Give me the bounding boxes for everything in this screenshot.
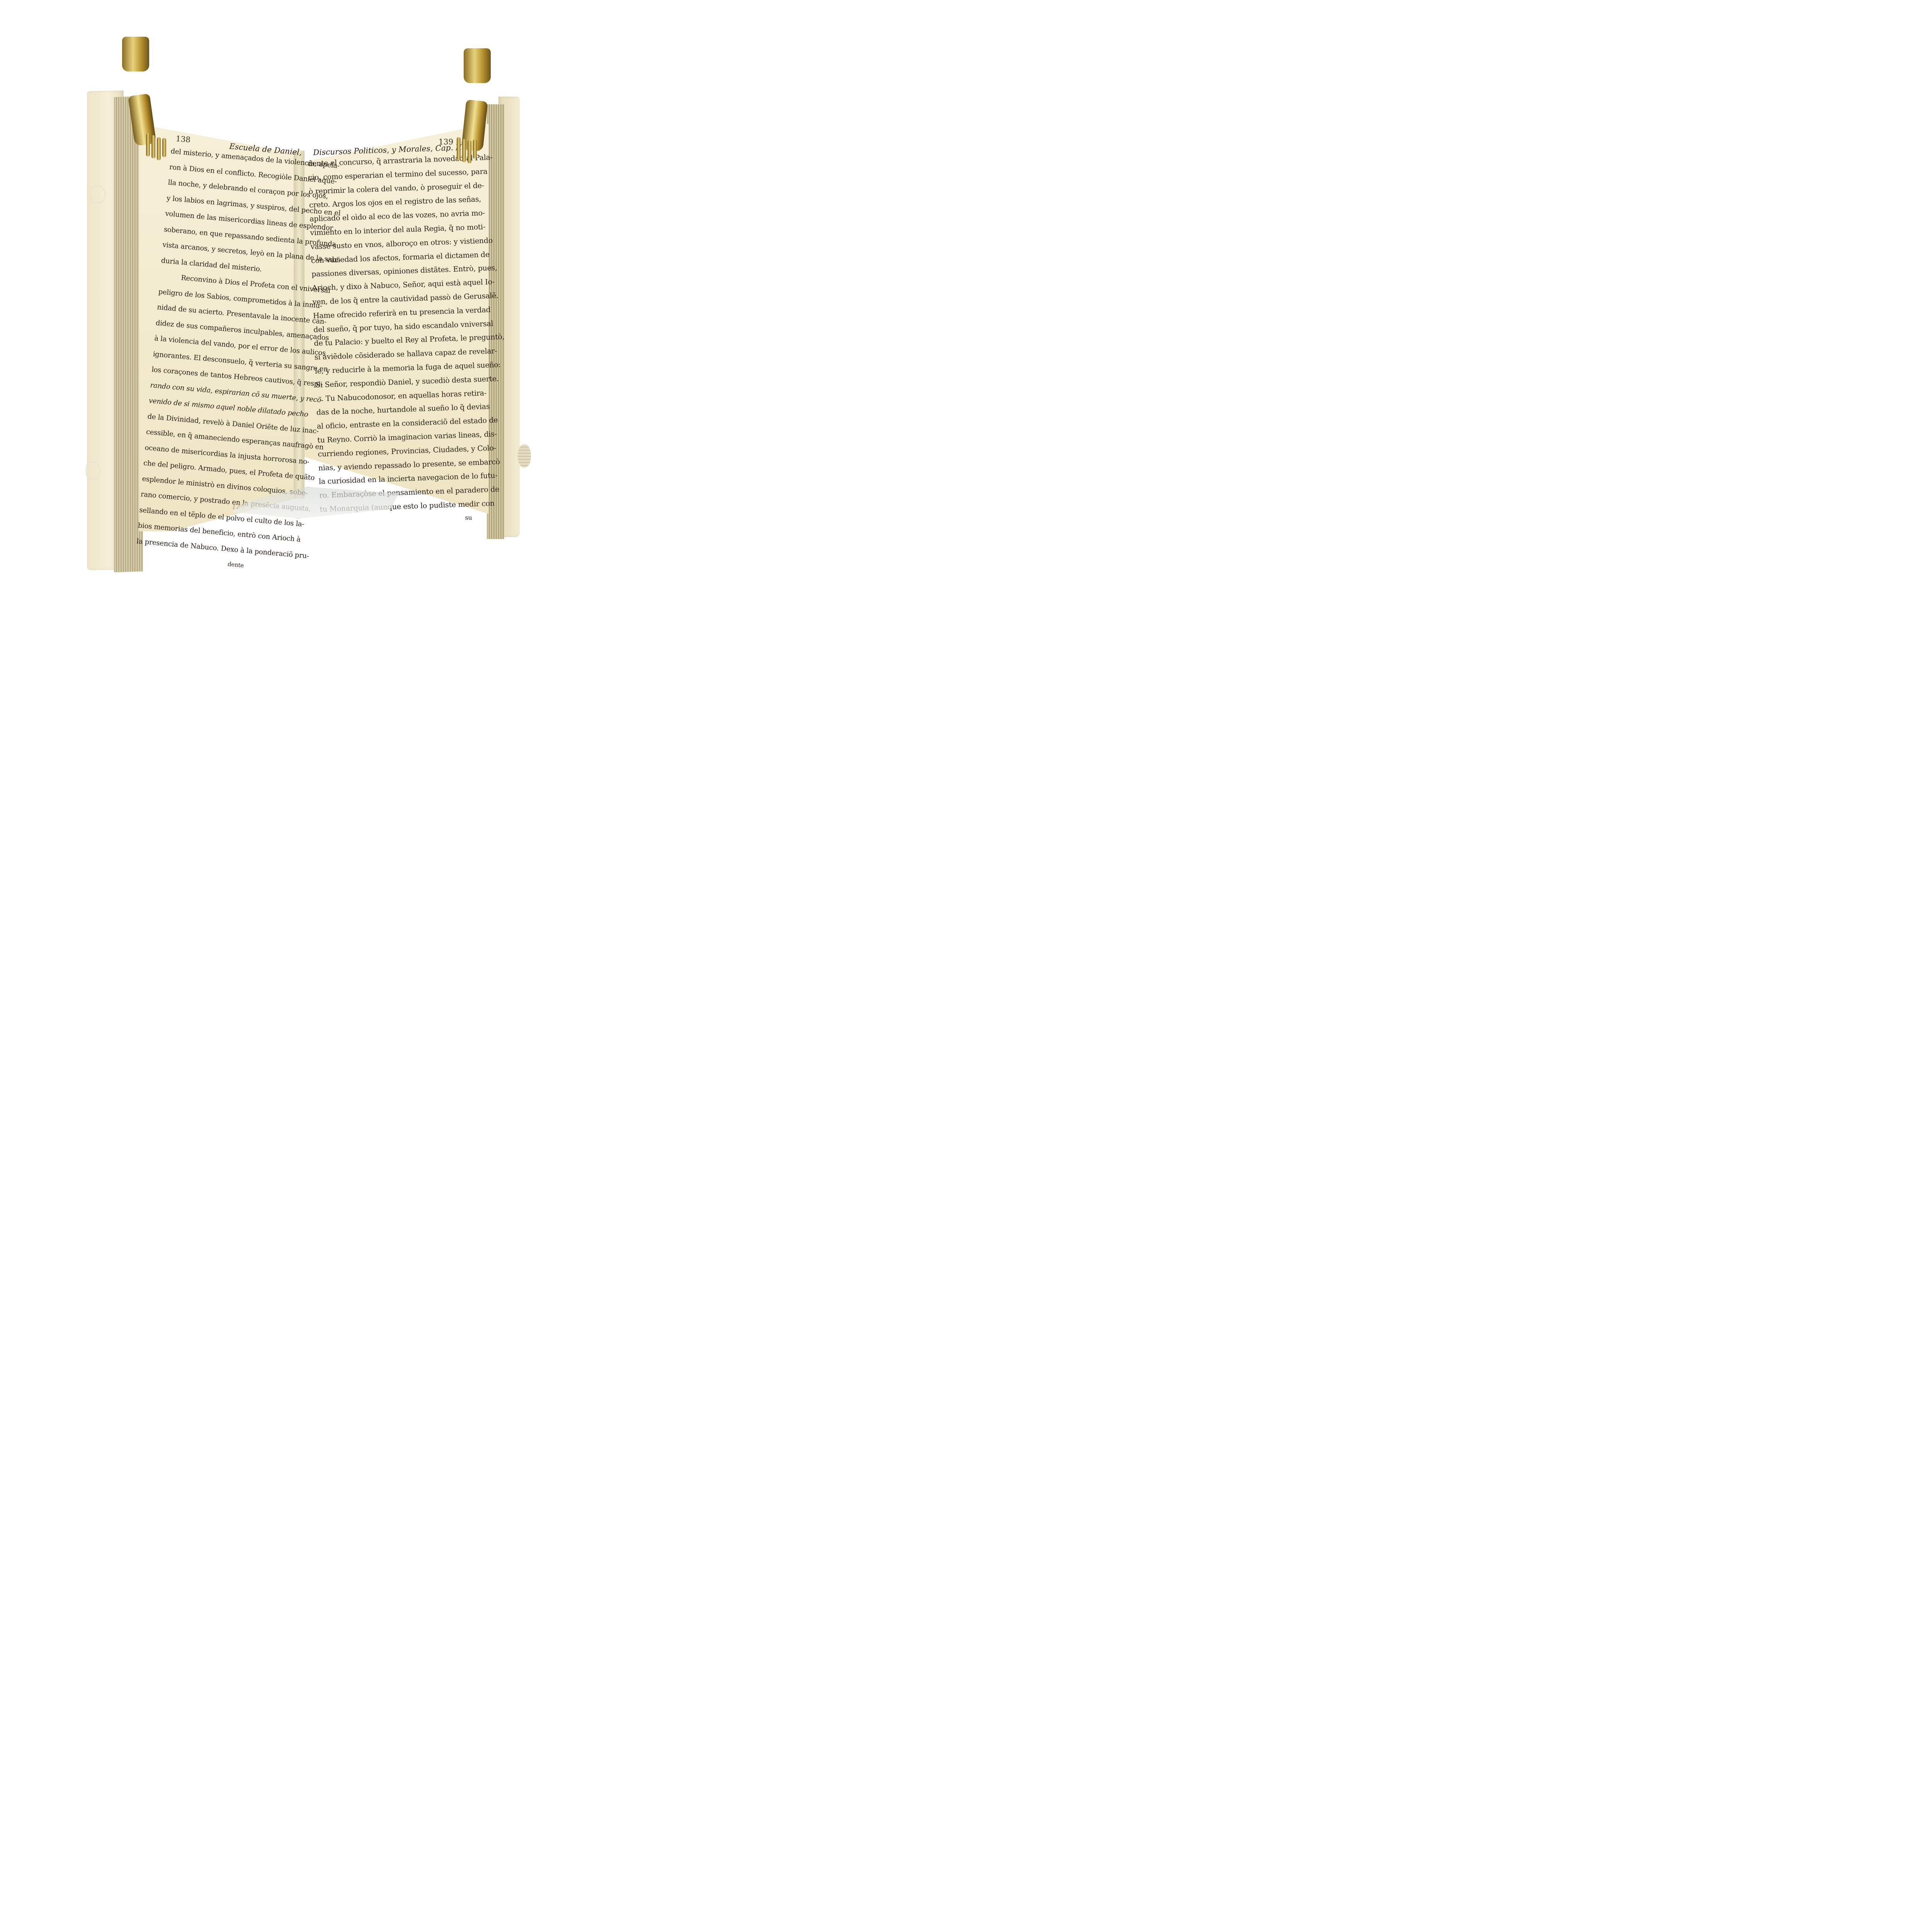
clip-finger	[157, 137, 161, 160]
clip-finger	[162, 138, 166, 157]
clip-finger	[468, 140, 471, 163]
clip-finger	[462, 139, 466, 162]
bone-toggle-bead	[518, 444, 531, 468]
book-photo-scene: 138 139 Escuela de Daniel, del misterio,…	[0, 0, 603, 603]
clip-finger	[473, 139, 477, 159]
left-page-block-edges	[114, 96, 143, 573]
cloth-tie-lower-left	[86, 462, 100, 480]
clip-finger	[151, 135, 155, 158]
right-page-text: Discursos Politicos, y Morales, Cap. II.…	[307, 143, 475, 534]
cloth-tie-upper-left	[91, 185, 105, 203]
clip-finger	[146, 133, 150, 156]
clip-cuff	[122, 37, 149, 71]
clip-finger	[457, 137, 461, 160]
clip-cuff	[464, 48, 491, 83]
